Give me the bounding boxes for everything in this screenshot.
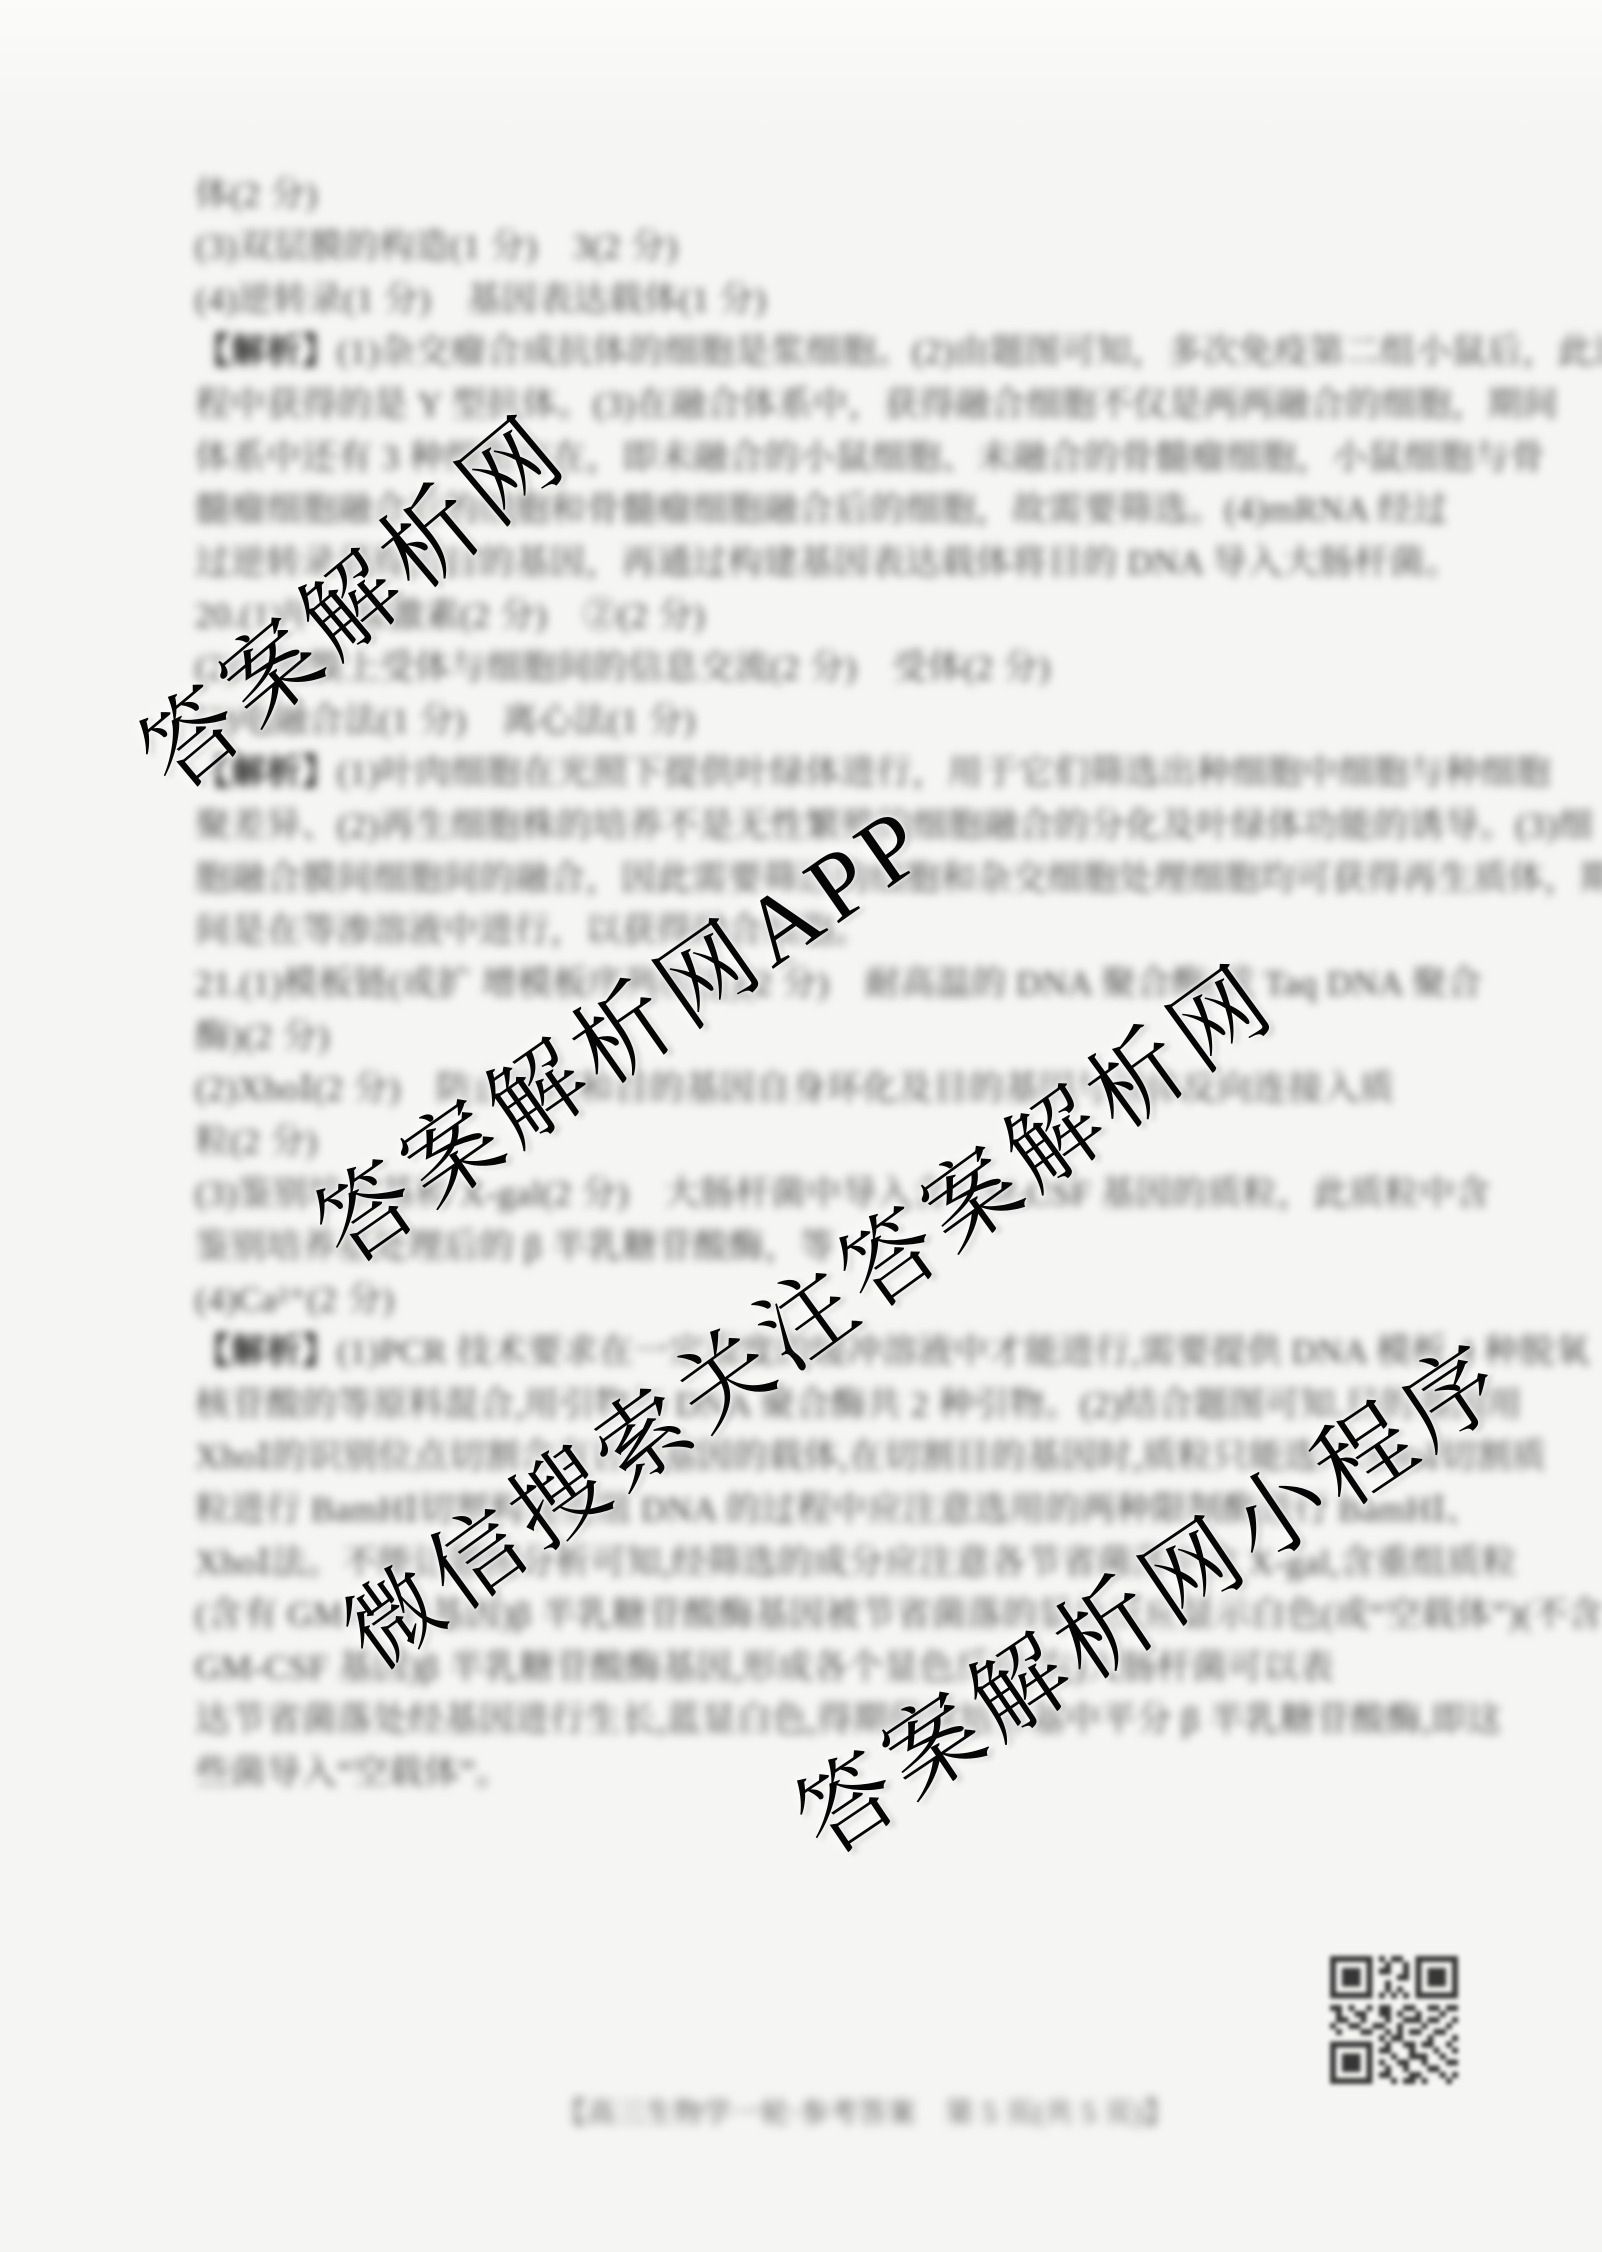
document-text-line: (3)鉴别培养基和 X-gal(2 分) 大肠杆菌中导入含 GM-CSF 基因的…	[195, 1172, 1491, 1216]
document-text-line: (2)XhoⅠ(2 分) 防止质粒和目的基因自身环化及目的基因与载体反向连接入质	[195, 1067, 1394, 1111]
document-text-line: 体(2 分)	[195, 173, 318, 217]
document-text-line: 程中获得的是 Y 型抗体。(3)在融合体系中，获得融合细胞不仅是两两融合的细胞，…	[195, 383, 1558, 427]
document-text-line: XhoⅠ的识别位点切割含有目的基因的载体,在切割目的基因时,质粒只能选用 Xho…	[195, 1435, 1546, 1479]
document-text-line: 胞融合膜间细胞间的融合，因此需要筛选的细胞和杂交细胞处理细胞均可获得再生质体，期	[195, 857, 1602, 901]
document-text-line: 体系中还有 3 种细胞存在，即未融合的小鼠细胞、未融合的骨髓瘤细胞，小鼠细胞与骨	[195, 436, 1545, 480]
document-text-line: 些菌导入“空载体”。	[195, 1751, 511, 1795]
document-page: 体(2 分)(3)双层膜的构造(1 分) 3(2 分)(4)逆转录(1 分) 基…	[0, 0, 1602, 2252]
document-text-line: 过逆转录获得的目的基因，再通过构建基因表达载体将目的 DNA 导入大肠杆菌。	[195, 541, 1460, 585]
page-footer: 【高三生物学一轮·参考答案 第 5 页(共 5 页)】	[558, 2091, 1173, 2131]
document-text-line: 【解析】(1)杂交瘤合成抗体的细胞是浆细胞。(2)由题图可知，多次免疫第二组小鼠…	[195, 330, 1602, 374]
document-text-line: 【解析】(1)PCR 技术要求在一定温度的缓冲溶液中才能进行,需要提供 DNA …	[195, 1330, 1590, 1374]
document-text-line: 间是在等渗溶液中进行，以获得融合细胞。	[195, 909, 870, 953]
document-text-line: GM-CSF 基因)β 半乳糖苷酸酶基因,形成各个显色反应(右)大肠杆菌可以表	[195, 1646, 1334, 1690]
document-text-line: 【解析】(1)叶肉细胞在光照下提供叶绿体进行，用于它们筛选出种细胞中细胞与种细胞	[195, 751, 1551, 795]
document-text-line: (3)电融合法(1 分) 离心法(1 分)	[195, 699, 695, 743]
document-text-line: (4)Ca²⁺(2 分)	[195, 1278, 394, 1322]
document-text-line: 核苷酸的等原料混合,用引物与 DNA 聚合酶共 2 种引物。(2)结合题图可知,…	[195, 1383, 1522, 1427]
document-text-line: 20.(1)甲状腺激素(2 分) ②(2 分)	[195, 594, 705, 638]
document-text-line: XhoⅠ法。不能让题图分析可知,经筛选的成分应注意各节省菌落中含 X-gal,含…	[195, 1541, 1517, 1585]
document-text-line: 酶)(2 分)	[195, 1015, 330, 1059]
document-text-line: 粒(2 分)	[195, 1120, 318, 1164]
document-text-line: (2)细胞膜上受体与细胞间的信息交流(2 分) 受体(2 分)	[195, 646, 1050, 690]
document-text-line: 粒进行 BamHⅠ切割构建重组 DNA 的过程中应注意选用的两种限制酶进行 Ba…	[195, 1488, 1481, 1532]
document-text-line: 达节省菌落处经基因进行生长,蓝显白色,得期菌落培养基中平分 β 半乳糖苷酸酶,即…	[195, 1698, 1502, 1742]
document-text-line: (3)双层膜的构造(1 分) 3(2 分)	[195, 225, 678, 269]
document-text-line: 聚差异、(2)再生细胞株的培养不是无性繁殖的细胞融合的分化及叶绿体功能的诱导。(…	[195, 804, 1593, 848]
document-text-line: 髓瘤细胞融合后的细胞和骨髓瘤细胞融合后的细胞，故需要筛选。(4)mRNA 经过	[195, 488, 1448, 532]
document-text-line: (含有 GM-CSF 基因)β 半乳糖苷酸酶基因被节省菌落的显色反应显示白色(或…	[195, 1593, 1602, 1637]
document-text-line: 鉴别培养基处理后的 β 半乳糖苷酸酶，等	[195, 1225, 835, 1269]
document-text-line: (4)逆转录(1 分) 基因表达载体(1 分)	[195, 278, 766, 322]
qr-code	[1330, 1956, 1458, 2084]
document-text-line: 21.(1)模板链(或扩 增模板序列相连)(2 分) 耐高温的 DNA 聚合酶(…	[195, 962, 1482, 1006]
